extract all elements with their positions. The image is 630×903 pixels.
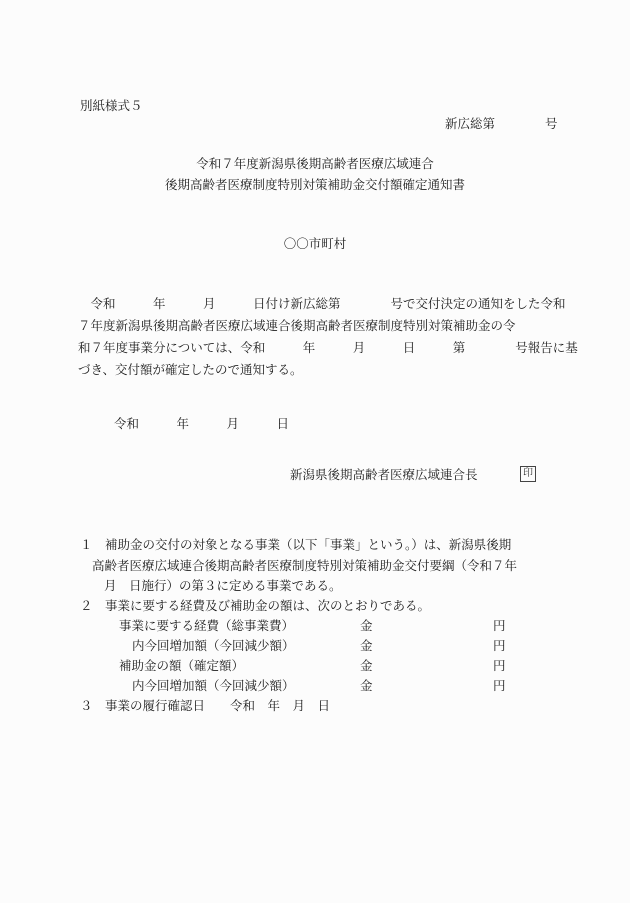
cost-total-prefix: 金 (360, 618, 373, 634)
subsidy-amount-prefix: 金 (360, 658, 373, 674)
body-line-4: づき、交付額が確定したので通知する。 (78, 362, 303, 378)
item-3-line: ３ 事業の履行確認日 令和 年 月 日 (80, 698, 330, 714)
body-line-3: 和７年度事業分については、令和 年 月 日 第 号報告に基 (78, 340, 578, 356)
issuer: 新潟県後期高齢者医療広域連合長 (290, 467, 478, 483)
subsidy-amount-label: 補助金の額（確定額） (119, 658, 244, 674)
reference-number: 新広総第 号 (445, 116, 558, 132)
cost-total-unit: 円 (493, 618, 506, 634)
seal-mark-icon: 印 (520, 466, 536, 482)
item-1-line-2: 高齢者医療広域連合後期高齢者医療制度特別対策補助金交付要綱（令和７年 (92, 558, 517, 574)
title-line-2: 後期高齢者医療制度特別対策補助金交付額確定通知書 (0, 177, 630, 193)
cost-change-label: 内今回増加額（今回減少額） (132, 638, 295, 654)
form-label: 別紙様式５ (80, 98, 143, 114)
subsidy-change-prefix: 金 (360, 678, 373, 694)
title-line-1: 令和７年度新潟県後期高齢者医療広域連合 (0, 156, 630, 172)
date-line: 令和 年 月 日 (114, 416, 289, 432)
cost-change-unit: 円 (493, 638, 506, 654)
item-1-line-3: 月 日施行）の第３に定める事業である。 (104, 578, 342, 594)
cost-total-label: 事業に要する経費（総事業費） (119, 618, 294, 634)
subsidy-amount-unit: 円 (493, 658, 506, 674)
addressee: 〇〇市町村 (0, 236, 630, 252)
cost-change-prefix: 金 (360, 638, 373, 654)
item-2-heading: ２ 事業に要する経費及び補助金の額は、次のとおりである。 (80, 598, 430, 614)
subsidy-change-unit: 円 (493, 678, 506, 694)
body-line-1: 令和 年 月 日付け新広総第 号で交付決定の通知をした令和 (78, 296, 566, 312)
body-line-2: ７年度新潟県後期高齢者医療広域連合後期高齢者医療制度特別対策補助金の令 (78, 318, 516, 334)
subsidy-change-label: 内今回増加額（今回減少額） (132, 678, 295, 694)
item-1-line-1: １ 補助金の交付の対象となる事業（以下「事業」という。）は、新潟県後期 (80, 537, 511, 553)
